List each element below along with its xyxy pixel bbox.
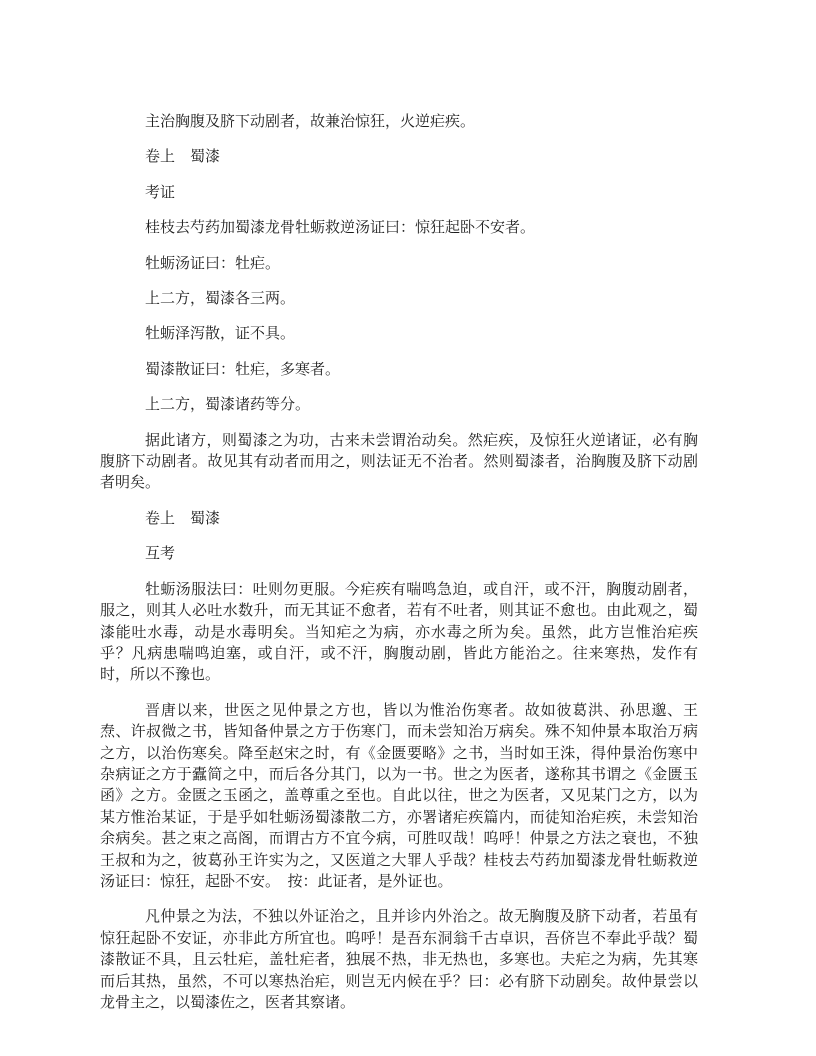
heading-hukao: 互考 [100, 544, 698, 565]
paragraph-zhongjing-method: 凡仲景之为法，不独以外证治之，且并诊内外治之。故无胸腹及脐下动者，若虽有惊狂起卧… [100, 907, 698, 1014]
paragraph-muli-decoction-method: 牡蛎汤服法曰：吐则勿更服。今疟疾有喘鸣急迫，或自汗，或不汗，胸腹动剧者，服之，则… [100, 580, 698, 687]
document-page: 主治胸腹及脐下动剧者，故兼治惊狂，火逆疟疾。 卷上 蜀漆 考证 桂枝去芍药加蜀漆… [100, 112, 698, 1028]
paragraph-main-treatment: 主治胸腹及脐下动剧者，故兼治惊狂，火逆疟疾。 [100, 112, 698, 133]
paragraph-conclusion-from-formulas: 据此诸方，则蜀漆之为功，古来未尝谓治动矣。然疟疾，及惊狂火逆诸证，必有胸腹脐下动… [100, 431, 698, 495]
paragraph-two-formulas-equal-parts: 上二方，蜀漆诸药等分。 [100, 395, 698, 416]
paragraph-muli-zexie-powder: 牡蛎泽泻散，证不具。 [100, 324, 698, 345]
heading-kaozheng: 考证 [100, 183, 698, 204]
paragraph-guizhi-jiuni-decoction: 桂枝去芍药加蜀漆龙骨牡蛎救逆汤证曰：惊狂起卧不安者。 [100, 218, 698, 239]
paragraph-muli-decoction: 牡蛎汤证曰：牡疟。 [100, 254, 698, 275]
paragraph-two-formulas-dosage: 上二方，蜀漆各三两。 [100, 289, 698, 310]
paragraph-shuqi-powder: 蜀漆散证曰：牡疟，多寒者。 [100, 360, 698, 381]
heading-volume-shuqi-second: 卷上 蜀漆 [100, 509, 698, 530]
heading-volume-shuqi: 卷上 蜀漆 [100, 147, 698, 168]
paragraph-jin-tang-history: 晋唐以来，世医之见仲景之方也，皆以为惟治伤寒者。故如彼葛洪、孙思邈、王焘、许叔微… [100, 701, 698, 894]
